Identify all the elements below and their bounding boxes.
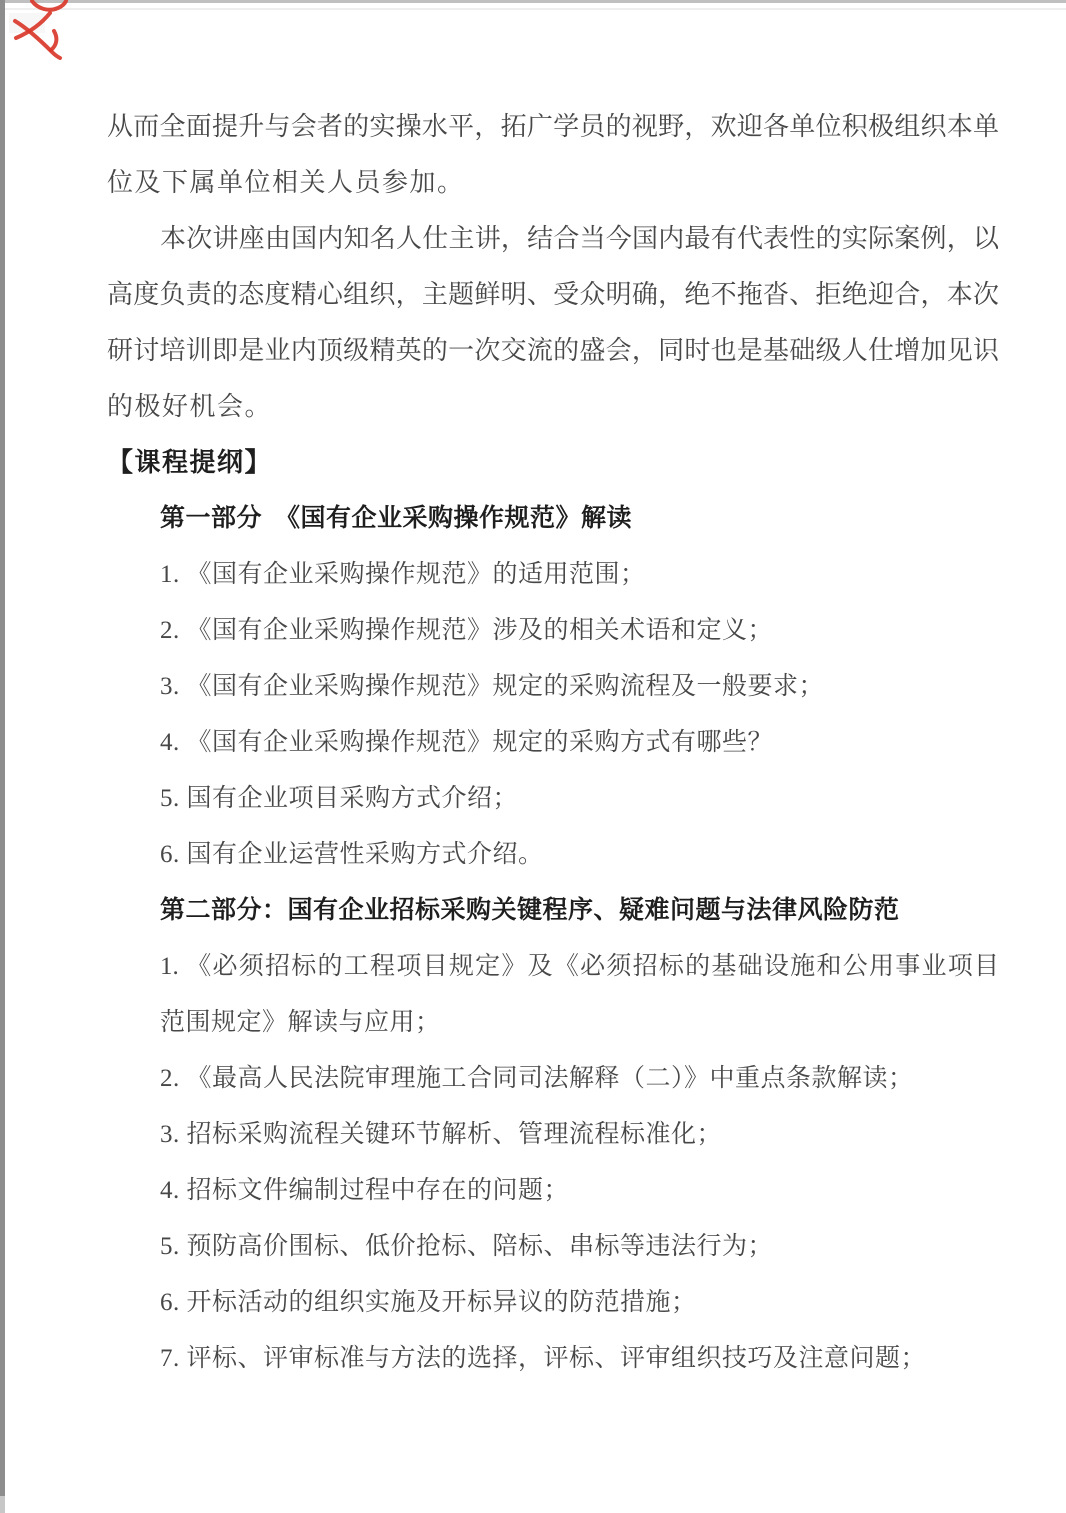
document-page: 从而全面提升与会者的实操水平，拓广学员的视野，欢迎各单位积极组织本单位及下属单位… [0, 0, 1066, 1513]
outline-item: 6. 国有企业运营性采购方式介绍。 [160, 827, 999, 883]
outline-label: 【课程提纲】 [107, 435, 999, 491]
body-line: 的极好机会。 [107, 379, 999, 435]
photo-left-edge [0, 0, 5, 1513]
outline-item: 2. 《国有企业采购操作规范》涉及的相关术语和定义； [160, 603, 999, 659]
outline-item: 4. 招标文件编制过程中存在的问题； [160, 1163, 999, 1219]
outline-item: 1. 《国有企业采购操作规范》的适用范围； [160, 547, 999, 603]
outline-item: 5. 预防高价围标、低价抢标、陪标、串标等违法行为； [160, 1219, 999, 1275]
red-pen-scribble-icon [5, 0, 75, 64]
red-pen-strokes [15, 1, 66, 58]
part-heading: 第二部分：国有企业招标采购关键程序、疑难问题与法律风险防范 [160, 883, 999, 939]
outline-item: 4. 《国有企业采购操作规范》规定的采购方式有哪些？ [160, 715, 999, 771]
part-heading: 第一部分 《国有企业采购操作规范》解读 [160, 491, 999, 547]
body-line: 高度负责的态度精心组织，主题鲜明、受众明确，绝不拖沓、拒绝迎合，本次 [107, 267, 999, 323]
outline-item: 1. 《必须招标的工程项目规定》及《必须招标的基础设施和公用事业项目 [160, 939, 999, 995]
body-line: 从而全面提升与会者的实操水平，拓广学员的视野，欢迎各单位积极组织本单 [107, 99, 999, 155]
photo-left-edge-bottom [0, 1496, 5, 1513]
body-line: 位及下属单位相关人员参加。 [107, 155, 999, 211]
photo-top-edge-faint [0, 8, 1066, 10]
outline-item: 6. 开标活动的组织实施及开标异议的防范措施； [160, 1275, 999, 1331]
body-line: 研讨培训即是业内顶级精英的一次交流的盛会，同时也是基础级人仕增加见识 [107, 323, 999, 379]
document-body: 从而全面提升与会者的实操水平，拓广学员的视野，欢迎各单位积极组织本单位及下属单位… [107, 99, 999, 1387]
outline-item: 7. 评标、评审标准与方法的选择，评标、评审组织技巧及注意问题； [160, 1331, 999, 1387]
outline-item-continuation: 范围规定》解读与应用； [160, 995, 999, 1051]
outline-item: 3. 《国有企业采购操作规范》规定的采购流程及一般要求； [160, 659, 999, 715]
outline-item: 2. 《最高人民法院审理施工合同司法解释（二）》中重点条款解读； [160, 1051, 999, 1107]
outline-item: 5. 国有企业项目采购方式介绍； [160, 771, 999, 827]
photo-top-edge [0, 0, 1066, 3]
outline-item: 3. 招标采购流程关键环节解析、管理流程标准化； [160, 1107, 999, 1163]
body-line: 本次讲座由国内知名人仕主讲，结合当今国内最有代表性的实际案例，以 [160, 211, 999, 267]
